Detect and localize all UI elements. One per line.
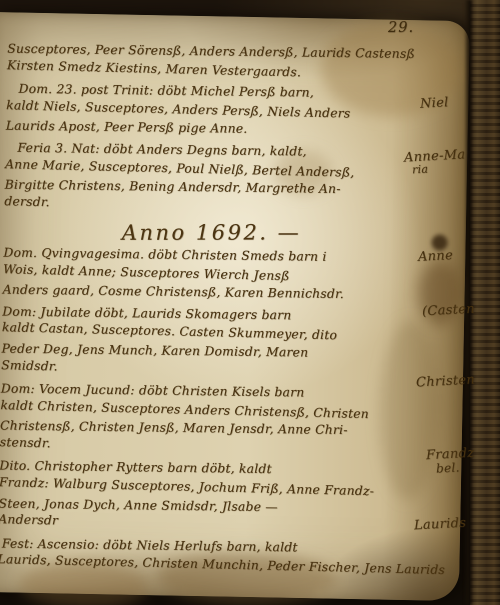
margin-note: (Casten — [422, 302, 476, 320]
margin-note: Niel — [420, 95, 449, 111]
manuscript-page: Susceptores, Peer Sörensß, Anders Anders… — [0, 12, 470, 601]
margin-note: Christen — [416, 372, 476, 390]
register-entry: Fest: Ascensio: döbt Niels Herlufs barn,… — [0, 533, 424, 578]
page-number: 29. — [388, 20, 414, 36]
year-heading: Anno 1692. — — [122, 224, 430, 243]
register-entry: Dito. Christopher Rytters barn döbt, kal… — [0, 456, 425, 539]
book-photo: Susceptores, Peer Sörensß, Anders Anders… — [0, 0, 500, 605]
margin-note: ria — [412, 163, 429, 177]
register-entry: Feria 3. Nat: döbt Anders Degns barn, ka… — [4, 137, 431, 220]
register-entry: Dom. 23. post Trinit: döbt Michel Persß … — [6, 78, 433, 142]
register-entry: Dom: Vocem Jucund: döbt Christen Kisels … — [0, 378, 427, 461]
margin-note: Laurids — [414, 516, 467, 534]
margin-note: Anne — [418, 248, 454, 265]
register-entry: Susceptores, Peer Sörensß, Anders Anders… — [7, 38, 434, 83]
register-entry: Dom: Jubilate döbt, Laurids Skomagers ba… — [1, 301, 428, 384]
margin-note: bel. — [436, 460, 460, 475]
register-entry: Dom. Qvingvagesima. döbt Christen Smeds … — [3, 242, 430, 306]
handwritten-text-block: Susceptores, Peer Sörensß, Anders Anders… — [0, 38, 433, 581]
